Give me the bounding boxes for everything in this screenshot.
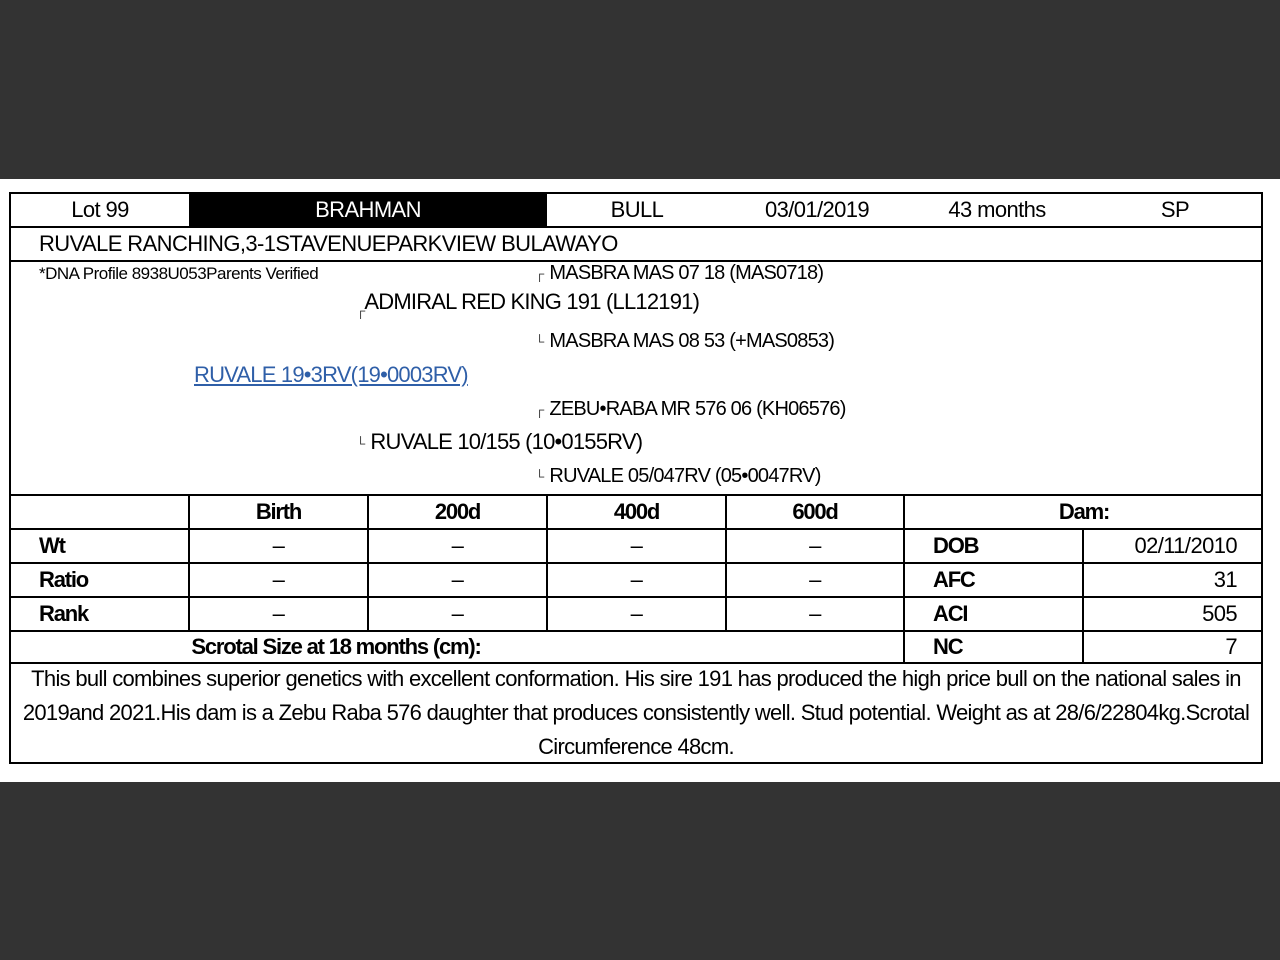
animal-name-link[interactable]: RUVALE 19•3RV(19•0003RV) bbox=[194, 362, 468, 388]
performance-cell: – bbox=[190, 598, 367, 630]
performance-cell: – bbox=[369, 530, 546, 562]
dna-profile-note: *DNA Profile 8938U053Parents Verified bbox=[39, 264, 318, 284]
lot-number: Lot 99 bbox=[11, 194, 189, 226]
sire-dam-name: MASBRA MAS 08 53 (+MAS0853) bbox=[549, 330, 834, 352]
sire-sire-name: MASBRA MAS 07 18 (MAS0718) bbox=[549, 262, 823, 284]
dam-info-label: DOB bbox=[933, 530, 1081, 562]
dam-info-label: AFC bbox=[933, 564, 1081, 596]
breed-label: BRAHMAN bbox=[189, 194, 547, 226]
performance-column-header: 600d bbox=[727, 496, 903, 528]
performance-column-header: 200d bbox=[369, 496, 546, 528]
dam-info-label: ACI bbox=[933, 598, 1081, 630]
bracket-top-icon: ┌ bbox=[356, 303, 364, 318]
performance-cell: – bbox=[548, 564, 725, 596]
performance-cell: – bbox=[369, 564, 546, 596]
performance-column-header: 400d bbox=[548, 496, 725, 528]
owner-address: RUVALE RANCHING,3-1STAVENUEPARKVIEW BULA… bbox=[39, 228, 618, 260]
pedigree-sire-dam: └MASBRA MAS 08 53 (+MAS0853) bbox=[535, 330, 834, 353]
pedigree-dam-sire: ┌ZEBU•RABA MR 576 06 (KH06576) bbox=[535, 398, 846, 421]
dam-dam-name: RUVALE 05/047RV (05•0047RV) bbox=[549, 465, 820, 487]
dam-info-value: 02/11/2010 bbox=[1084, 530, 1263, 562]
dam-info-title: Dam: bbox=[905, 496, 1263, 528]
dam-info-value: 31 bbox=[1084, 564, 1263, 596]
performance-cell: – bbox=[727, 598, 903, 630]
birth-date: 03/01/2019 bbox=[727, 194, 907, 226]
performance-row-label: Wt bbox=[39, 530, 189, 562]
scrotal-size-label: Scrotal Size at 18 months (cm): bbox=[11, 632, 661, 662]
pedigree-dam: └RUVALE 10/155 (10•0155RV) bbox=[356, 429, 642, 455]
performance-cell: – bbox=[727, 564, 903, 596]
status-label: SP bbox=[1087, 194, 1263, 226]
bracket-bottom-icon: └ bbox=[535, 469, 543, 484]
performance-cell: – bbox=[548, 530, 725, 562]
performance-row-label: Ratio bbox=[39, 564, 189, 596]
pedigree-sire-sire: ┌MASBRA MAS 07 18 (MAS0718) bbox=[535, 262, 823, 285]
sire-name: ADMIRAL RED KING 191 (LL12191) bbox=[364, 289, 699, 314]
performance-column-header bbox=[11, 496, 188, 528]
dam-name: RUVALE 10/155 (10•0155RV) bbox=[370, 429, 642, 454]
bracket-top-icon: ┌ bbox=[535, 402, 543, 417]
performance-cell: – bbox=[369, 598, 546, 630]
bracket-top-icon: ┌ bbox=[535, 266, 543, 281]
dam-info-label: NC bbox=[933, 632, 1081, 662]
dam-info-value: 505 bbox=[1084, 598, 1263, 630]
pedigree-sire: ┌ADMIRAL RED KING 191 (LL12191) bbox=[356, 289, 699, 315]
performance-cell: – bbox=[727, 530, 903, 562]
age-label: 43 months bbox=[907, 194, 1087, 226]
lot-comments: This bull combines superior genetics wit… bbox=[11, 662, 1261, 762]
bracket-bottom-icon: └ bbox=[356, 436, 364, 451]
dam-info-value: 7 bbox=[1084, 632, 1263, 662]
performance-cell: – bbox=[548, 598, 725, 630]
pedigree-dam-dam: └RUVALE 05/047RV (05•0047RV) bbox=[535, 465, 821, 488]
bracket-bottom-icon: └ bbox=[535, 334, 543, 349]
lot-sheet: Lot 99 BRAHMAN BULL 03/01/2019 43 months… bbox=[9, 192, 1263, 764]
dam-sire-name: ZEBU•RABA MR 576 06 (KH06576) bbox=[549, 398, 845, 420]
performance-cell: – bbox=[190, 530, 367, 562]
scrotal-size-value bbox=[661, 632, 903, 662]
performance-row-label: Rank bbox=[39, 598, 189, 630]
performance-column-header: Birth bbox=[190, 496, 367, 528]
sex-label: BULL bbox=[547, 194, 727, 226]
performance-cell: – bbox=[190, 564, 367, 596]
